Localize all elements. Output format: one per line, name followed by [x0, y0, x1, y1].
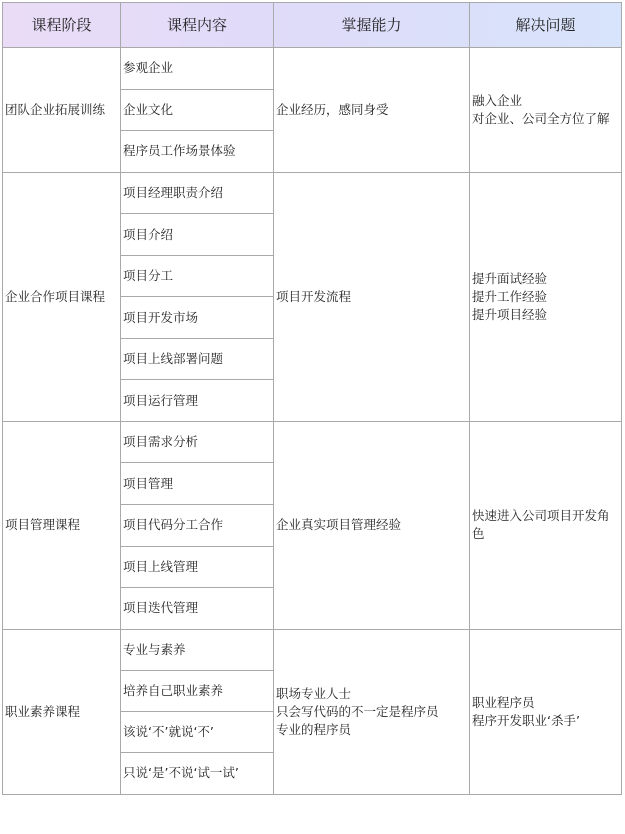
content-cell: 项目上线部署问题 — [121, 338, 274, 380]
content-cell: 培养自己职业素养 — [121, 670, 274, 711]
content-cell: 项目介绍 — [121, 214, 274, 256]
content-cell: 只说‘是’不说‘试一试’ — [121, 753, 274, 794]
solve-line: 提升工作经验 — [472, 288, 619, 306]
content-cell: 参观企业 — [121, 48, 274, 90]
ability-cell: 职场专业人士 只会写代码的不一定是程序员 专业的程序员 — [274, 629, 470, 794]
content-cell: 该说‘不’就说‘不’ — [121, 712, 274, 753]
solve-cell: 融入企业 对企业、公司全方位了解 — [470, 48, 622, 173]
table-header: 课程阶段 课程内容 掌握能力 解决问题 — [3, 3, 622, 48]
solve-line: 程序开发职业‘杀手’ — [472, 712, 619, 730]
table-row: 职业素养课程 专业与素养 职场专业人士 只会写代码的不一定是程序员 专业的程序员… — [3, 629, 622, 670]
solve-cell: 快速进入公司项目开发角色 — [470, 421, 622, 629]
solve-line: 提升面试经验 — [472, 270, 619, 288]
stage-cell: 职业素养课程 — [3, 629, 121, 794]
stage-cell: 项目管理课程 — [3, 421, 121, 629]
content-cell: 程序员工作场景体验 — [121, 131, 274, 173]
content-cell: 专业与素养 — [121, 629, 274, 670]
content-cell: 项目迭代管理 — [121, 588, 274, 630]
table-row: 项目管理课程 项目需求分析 企业真实项目管理经验 快速进入公司项目开发角色 — [3, 421, 622, 463]
solve-cell: 职业程序员 程序开发职业‘杀手’ — [470, 629, 622, 794]
ability-line: 专业的程序员 — [276, 721, 467, 739]
ability-line: 职场专业人士 — [276, 685, 467, 703]
solve-line: 提升项目经验 — [472, 306, 619, 324]
content-cell: 项目分工 — [121, 255, 274, 297]
course-table-container: 课程阶段 课程内容 掌握能力 解决问题 团队企业拓展训练 参观企业 企业经历，感… — [2, 2, 621, 795]
solve-line: 融入企业 — [472, 92, 619, 110]
content-cell: 项目上线管理 — [121, 546, 274, 588]
header-abilities: 掌握能力 — [274, 3, 470, 48]
solve-line: 快速进入公司项目开发角色 — [472, 507, 619, 543]
solve-line: 对企业、公司全方位了解 — [472, 110, 619, 128]
content-cell: 项目运行管理 — [121, 380, 274, 422]
ability-cell: 企业经历，感同身受 — [274, 48, 470, 173]
content-cell: 项目经理职责介绍 — [121, 172, 274, 214]
ability-line: 项目开发流程 — [276, 288, 467, 306]
content-cell: 项目需求分析 — [121, 421, 274, 463]
ability-line: 企业经历，感同身受 — [276, 101, 467, 119]
ability-line: 只会写代码的不一定是程序员 — [276, 703, 467, 721]
stage-cell: 企业合作项目课程 — [3, 172, 121, 421]
header-course-stage: 课程阶段 — [3, 3, 121, 48]
solve-line: 职业程序员 — [472, 694, 619, 712]
table-row: 企业合作项目课程 项目经理职责介绍 项目开发流程 提升面试经验 提升工作经验 提… — [3, 172, 622, 214]
content-cell: 项目管理 — [121, 463, 274, 505]
ability-cell: 项目开发流程 — [274, 172, 470, 421]
content-cell: 企业文化 — [121, 89, 274, 131]
ability-line: 企业真实项目管理经验 — [276, 516, 467, 534]
table-row: 团队企业拓展训练 参观企业 企业经历，感同身受 融入企业 对企业、公司全方位了解 — [3, 48, 622, 90]
header-course-content: 课程内容 — [121, 3, 274, 48]
content-cell: 项目代码分工合作 — [121, 504, 274, 546]
header-problems-solved: 解决问题 — [470, 3, 622, 48]
ability-cell: 企业真实项目管理经验 — [274, 421, 470, 629]
solve-cell: 提升面试经验 提升工作经验 提升项目经验 — [470, 172, 622, 421]
table-body: 团队企业拓展训练 参观企业 企业经历，感同身受 融入企业 对企业、公司全方位了解… — [3, 48, 622, 795]
content-cell: 项目开发市场 — [121, 297, 274, 339]
header-row: 课程阶段 课程内容 掌握能力 解决问题 — [3, 3, 622, 48]
stage-cell: 团队企业拓展训练 — [3, 48, 121, 173]
course-table: 课程阶段 课程内容 掌握能力 解决问题 团队企业拓展训练 参观企业 企业经历，感… — [2, 2, 622, 795]
